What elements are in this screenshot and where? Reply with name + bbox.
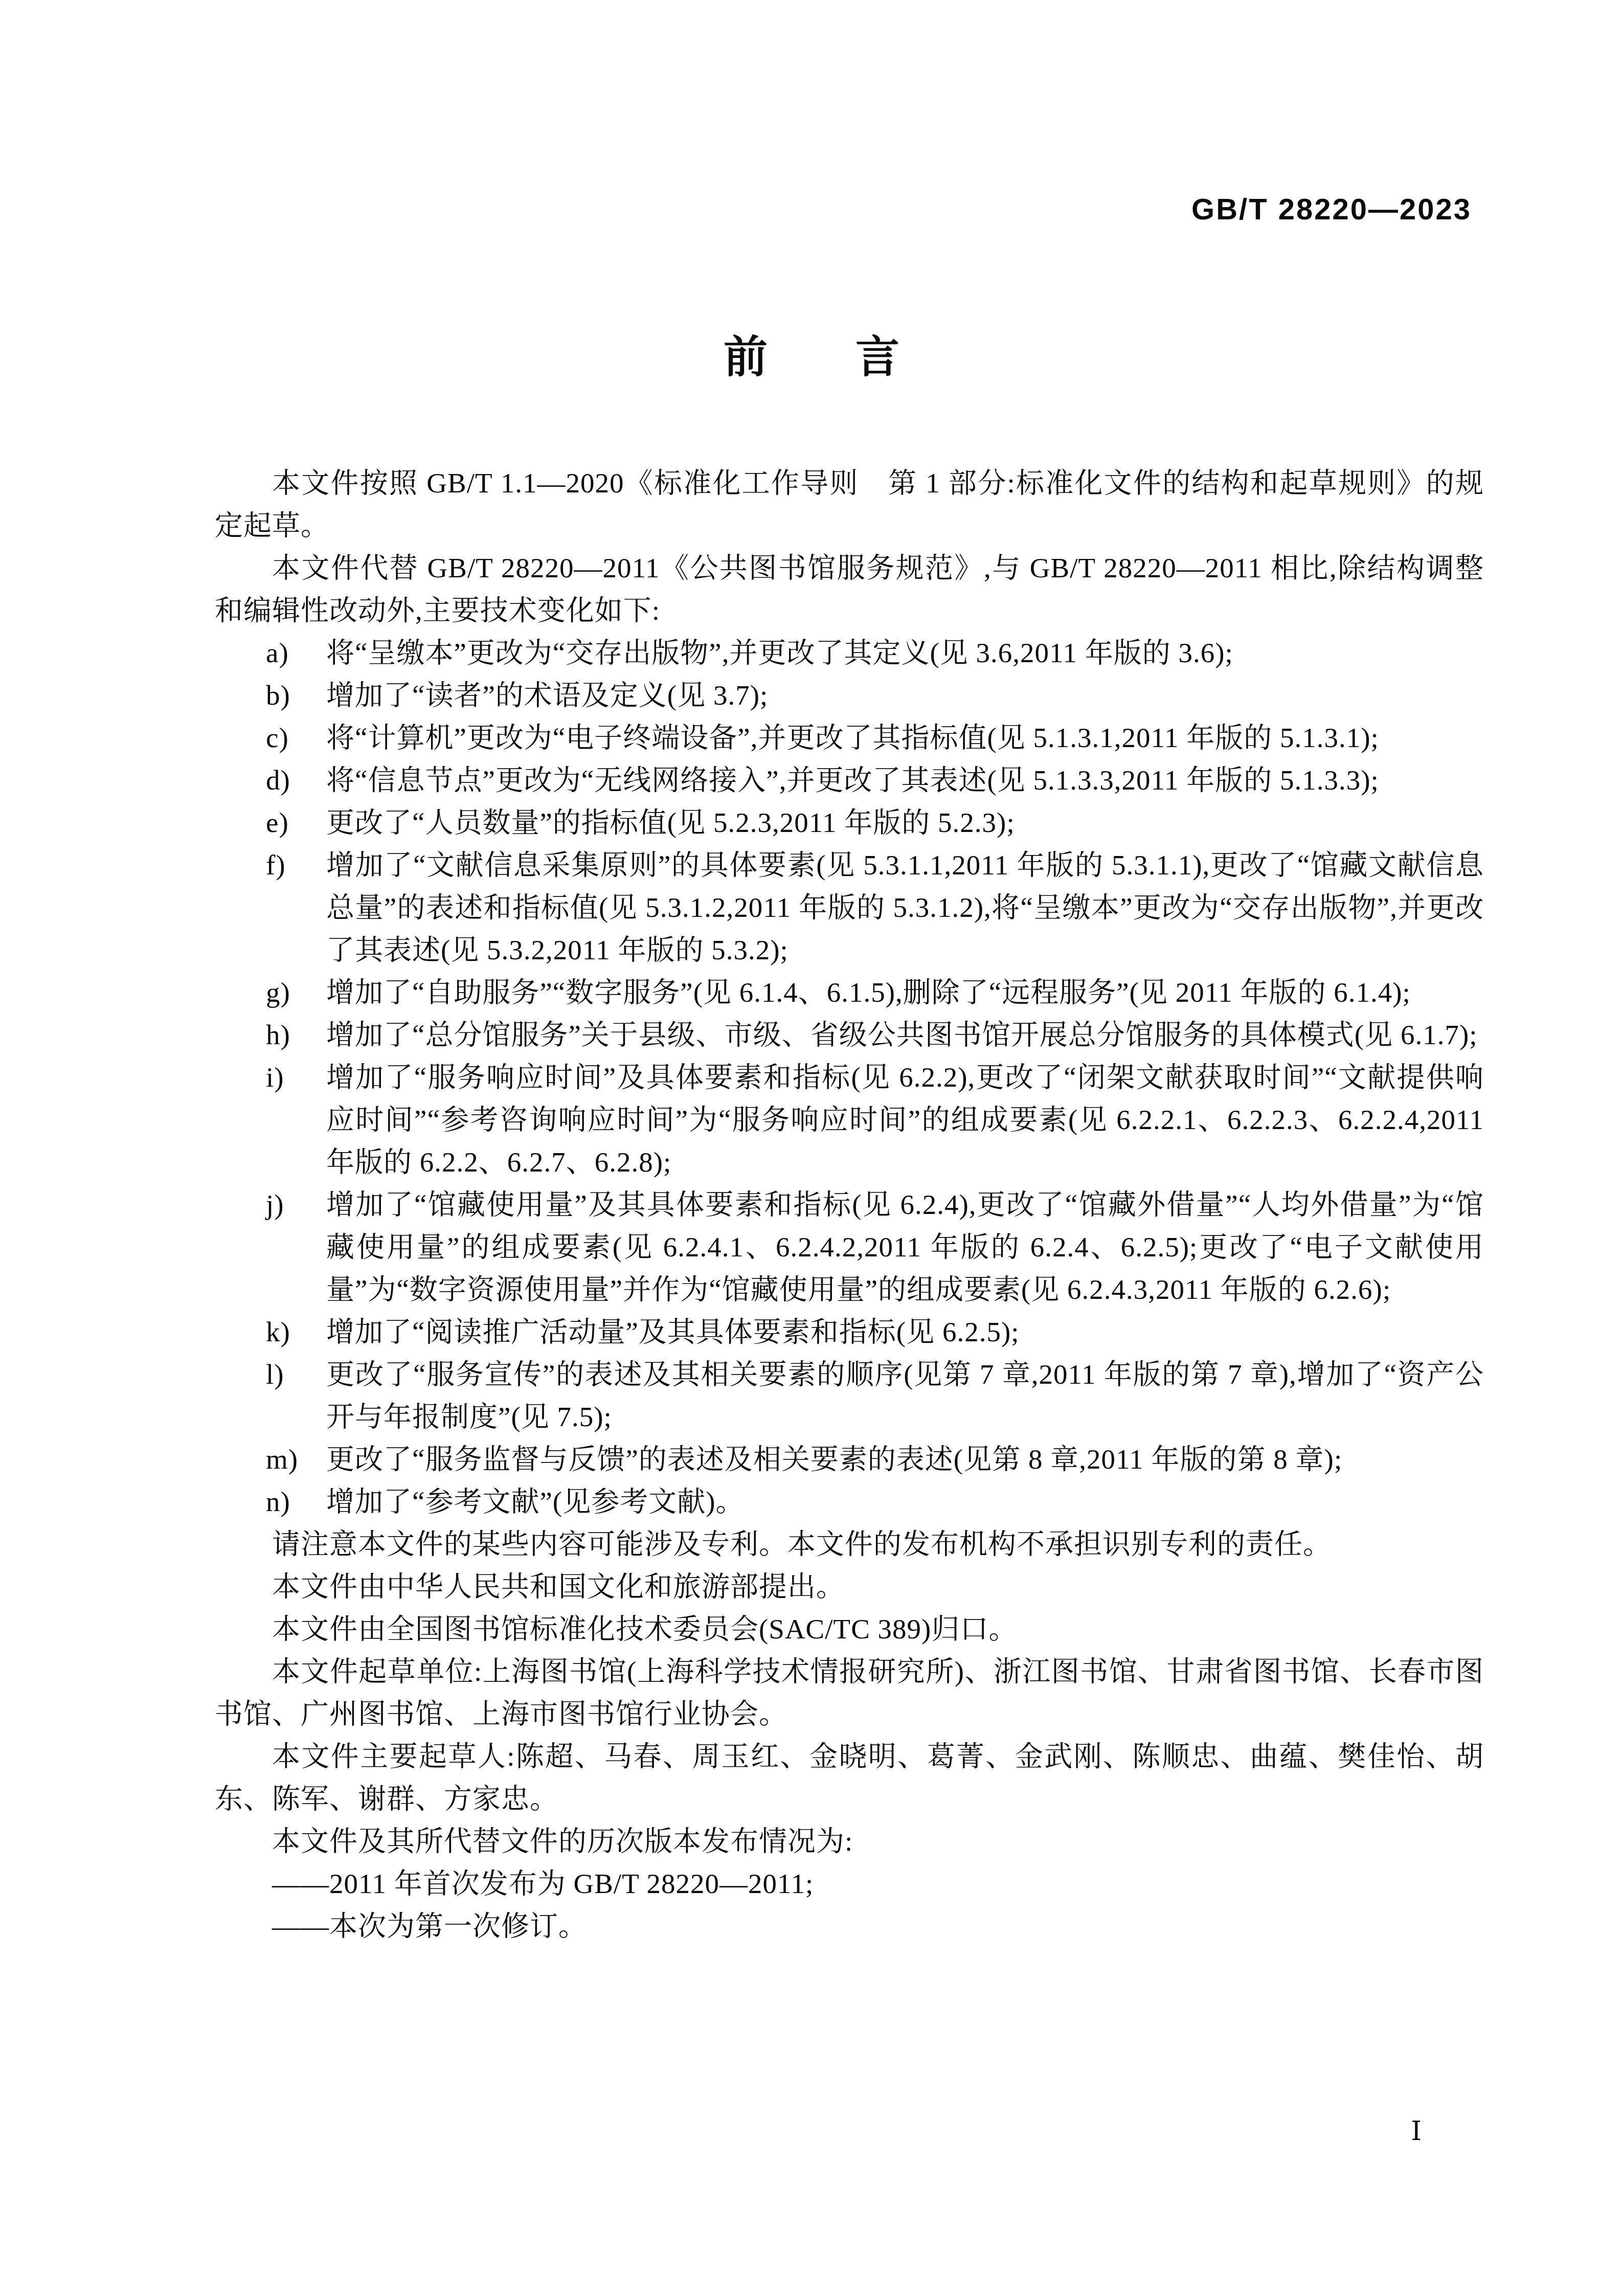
change-item-text: 增加了“参考文献”(见参考文献)。 bbox=[326, 1486, 744, 1517]
change-item-label: a) bbox=[266, 632, 289, 674]
foreword-paragraph: 请注意本文件的某些内容可能涉及专利。本文件的发布机构不承担识别专利的责任。 bbox=[215, 1523, 1484, 1565]
change-item-label: d) bbox=[266, 759, 290, 801]
change-item-label: i) bbox=[266, 1056, 284, 1098]
history-item: ——本次为第一次修订。 bbox=[215, 1905, 1484, 1947]
change-list-item: j) 增加了“馆藏使用量”及其具体要素和指标(见 6.2.4),更改了“馆藏外借… bbox=[215, 1183, 1484, 1311]
change-item-label: e) bbox=[266, 801, 289, 844]
document-page: GB/T 28220—2023 前 言 本文件按照 GB/T 1.1—2020《… bbox=[0, 0, 1623, 2296]
change-item-label: k) bbox=[266, 1311, 290, 1353]
change-list-item: h) 增加了“总分馆服务”关于县级、市级、省级公共图书馆开展总分馆服务的具体模式… bbox=[215, 1014, 1484, 1056]
change-item-label: c) bbox=[266, 716, 289, 759]
standard-number: GB/T 28220—2023 bbox=[1191, 192, 1472, 227]
foreword-paragraph: 本文件按照 GB/T 1.1—2020《标准化工作导则 第 1 部分:标准化文件… bbox=[215, 462, 1484, 547]
foreword-paragraph: 本文件由中华人民共和国文化和旅游部提出。 bbox=[215, 1565, 1484, 1608]
change-list-item: c) 将“计算机”更改为“电子终端设备”,并更改了其指标值(见 5.1.3.1,… bbox=[215, 716, 1484, 759]
change-item-label: n) bbox=[266, 1480, 290, 1523]
change-item-label: m) bbox=[266, 1438, 298, 1480]
change-item-text: 增加了“文献信息采集原则”的具体要素(见 5.3.1.1,2011 年版的 5.… bbox=[326, 849, 1484, 965]
change-item-text: 增加了“自助服务”“数字服务”(见 6.1.4、6.1.5),删除了“远程服务”… bbox=[326, 977, 1411, 1008]
foreword-paragraph: 本文件由全国图书馆标准化技术委员会(SAC/TC 389)归口。 bbox=[215, 1608, 1484, 1650]
change-item-label: l) bbox=[266, 1353, 284, 1395]
change-item-text: 更改了“人员数量”的指标值(见 5.2.3,2011 年版的 5.2.3); bbox=[326, 807, 1015, 838]
change-list-item: b) 增加了“读者”的术语及定义(见 3.7); bbox=[215, 674, 1484, 716]
foreword-paragraph: 本文件起草单位:上海图书馆(上海科学技术情报研究所)、浙江图书馆、甘肃省图书馆、… bbox=[215, 1650, 1484, 1735]
change-list-item: m) 更改了“服务监督与反馈”的表述及相关要素的表述(见第 8 章,2011 年… bbox=[215, 1438, 1484, 1480]
change-item-text: 增加了“服务响应时间”及具体要素和指标(见 6.2.2),更改了“闭架文献获取时… bbox=[326, 1062, 1484, 1178]
change-item-text: 增加了“馆藏使用量”及其具体要素和指标(见 6.2.4),更改了“馆藏外借量”“… bbox=[326, 1189, 1484, 1305]
change-item-label: g) bbox=[266, 971, 290, 1014]
foreword-paragraph: 本文件主要起草人:陈超、马春、周玉红、金晓明、葛菁、金武刚、陈顺忠、曲蕴、樊佳怡… bbox=[215, 1735, 1484, 1820]
change-item-text: 将“信息节点”更改为“无线网络接入”,并更改了其表述(见 5.1.3.3,201… bbox=[326, 764, 1379, 796]
change-item-text: 更改了“服务监督与反馈”的表述及相关要素的表述(见第 8 章,2011 年版的第… bbox=[326, 1444, 1342, 1475]
change-list-item: d) 将“信息节点”更改为“无线网络接入”,并更改了其表述(见 5.1.3.3,… bbox=[215, 759, 1484, 801]
change-item-text: 将“计算机”更改为“电子终端设备”,并更改了其指标值(见 5.1.3.1,201… bbox=[326, 722, 1379, 753]
change-item-text: 将“呈缴本”更改为“交存出版物”,并更改了其定义(见 3.6,2011 年版的 … bbox=[326, 637, 1233, 668]
page-title: 前 言 bbox=[0, 331, 1623, 384]
change-item-label: h) bbox=[266, 1014, 290, 1056]
change-list-item: a) 将“呈缴本”更改为“交存出版物”,并更改了其定义(见 3.6,2011 年… bbox=[215, 632, 1484, 674]
foreword-paragraph: 本文件代替 GB/T 28220—2011《公共图书馆服务规范》,与 GB/T … bbox=[215, 547, 1484, 632]
foreword-content: 本文件按照 GB/T 1.1—2020《标准化工作导则 第 1 部分:标准化文件… bbox=[215, 462, 1484, 1947]
change-item-label: b) bbox=[266, 674, 290, 716]
change-item-label: j) bbox=[266, 1183, 284, 1226]
change-item-text: 更改了“服务宣传”的表述及其相关要素的顺序(见第 7 章,2011 年版的第 7… bbox=[326, 1359, 1484, 1432]
change-item-text: 增加了“读者”的术语及定义(见 3.7); bbox=[326, 680, 768, 711]
change-list-item: n) 增加了“参考文献”(见参考文献)。 bbox=[215, 1480, 1484, 1523]
change-item-text: 增加了“总分馆服务”关于县级、市级、省级公共图书馆开展总分馆服务的具体模式(见 … bbox=[326, 1019, 1478, 1050]
foreword-paragraph: 本文件及其所代替文件的历次版本发布情况为: bbox=[215, 1820, 1484, 1862]
change-list-item: l) 更改了“服务宣传”的表述及其相关要素的顺序(见第 7 章,2011 年版的… bbox=[215, 1353, 1484, 1438]
change-list-item: i) 增加了“服务响应时间”及具体要素和指标(见 6.2.2),更改了“闭架文献… bbox=[215, 1056, 1484, 1183]
change-list-item: k) 增加了“阅读推广活动量”及其具体要素和指标(见 6.2.5); bbox=[215, 1311, 1484, 1353]
change-list-item: g) 增加了“自助服务”“数字服务”(见 6.1.4、6.1.5),删除了“远程… bbox=[215, 971, 1484, 1014]
change-item-label: f) bbox=[266, 844, 286, 886]
history-item: ——2011 年首次发布为 GB/T 28220—2011; bbox=[215, 1862, 1484, 1905]
change-list-item: e) 更改了“人员数量”的指标值(见 5.2.3,2011 年版的 5.2.3)… bbox=[215, 801, 1484, 844]
change-list-item: f) 增加了“文献信息采集原则”的具体要素(见 5.3.1.1,2011 年版的… bbox=[215, 844, 1484, 971]
change-item-text: 增加了“阅读推广活动量”及其具体要素和指标(见 6.2.5); bbox=[326, 1316, 1020, 1347]
page-number: Ⅰ bbox=[1411, 2116, 1422, 2147]
